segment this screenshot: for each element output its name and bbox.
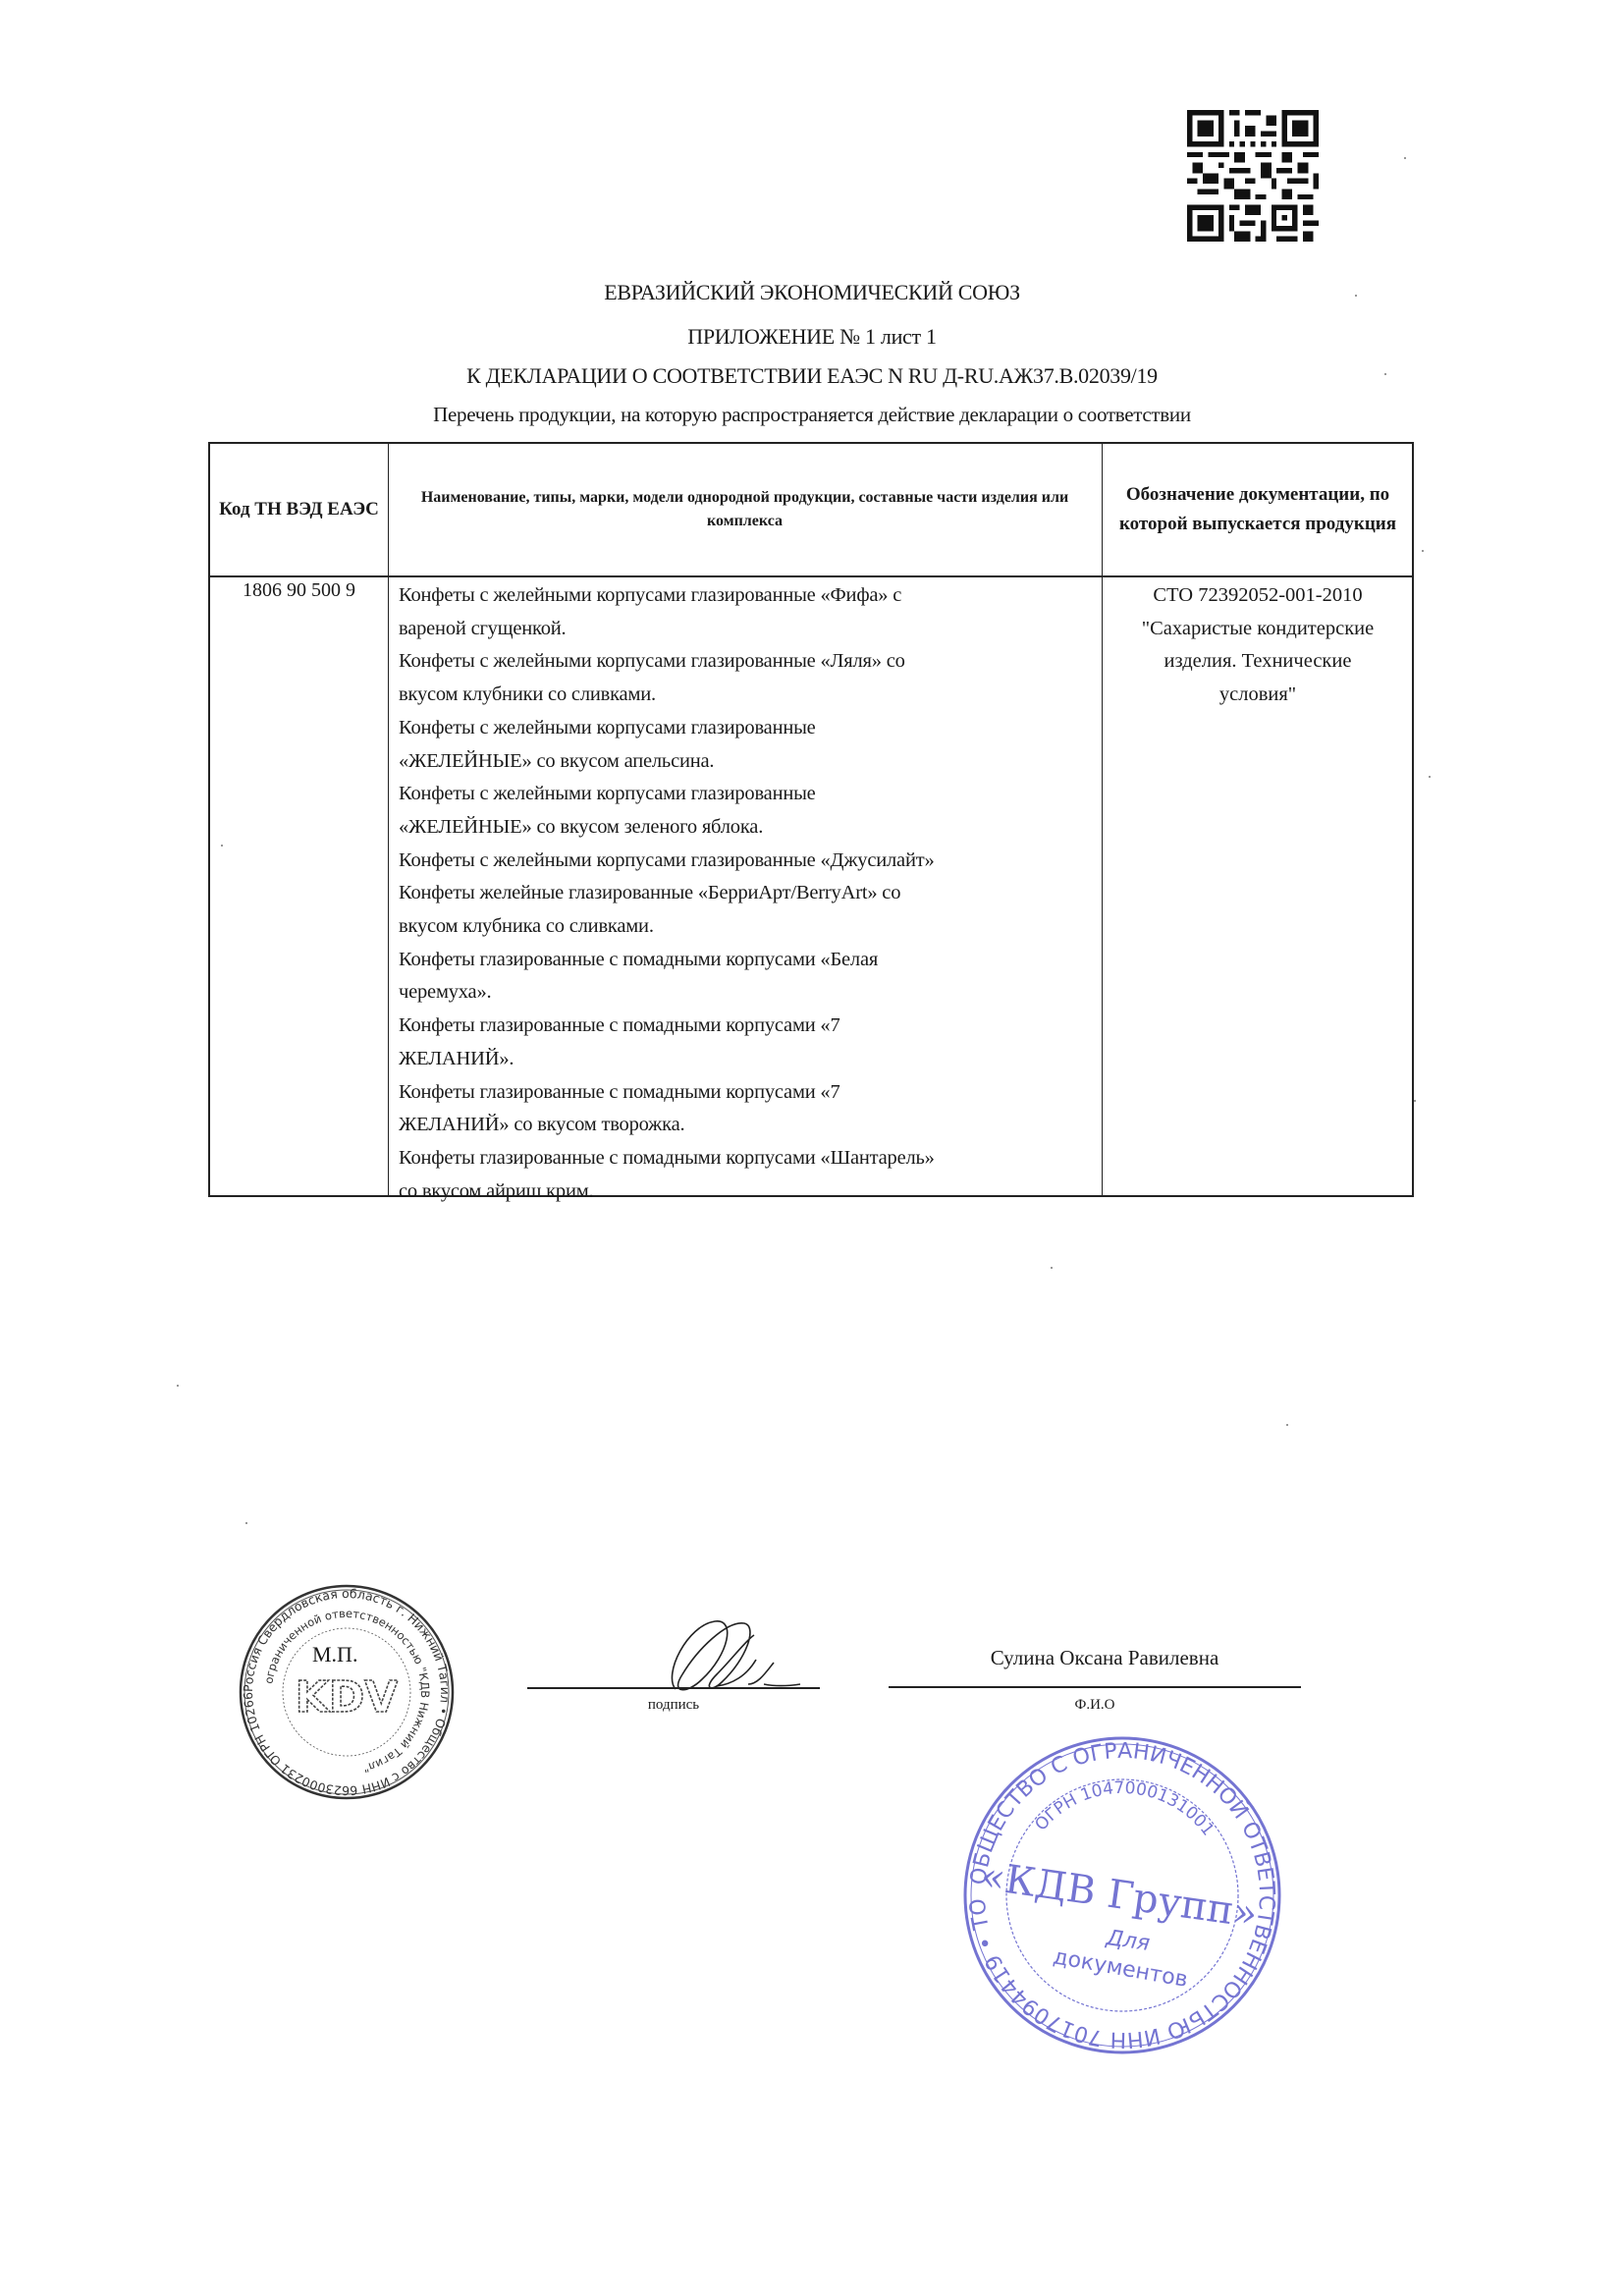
product-line: Конфеты глазированные с помадными корпус… [399,1076,1086,1110]
product-line: «ЖЕЛЕЙНЫЕ» со вкусом зеленого яблока. [399,811,1086,845]
doc-line: условия" [1108,679,1408,712]
product-line: Конфеты глазированные с помадными корпус… [399,1142,1086,1175]
product-list-caption: Перечень продукции, на которую распростр… [0,403,1624,427]
kdv-group-stamp: ОБЩЕСТВО С ОГРАНИЧЕННОЙ ОТВЕТСТВЕННОСТЬЮ… [960,1733,1284,2057]
scan-speck [1384,373,1386,375]
doc-line: изделия. Технические [1108,645,1408,679]
signature-caption: подпись [527,1697,820,1714]
product-line: вкусом клубники со сливками. [399,679,1086,712]
scan-speck [1404,157,1406,159]
column-header-product-name: Наименование, типы, марки, модели одноро… [388,444,1102,575]
product-table: Код ТН ВЭД ЕАЭС Наименование, типы, марк… [208,442,1414,1197]
cell-tnved-code: 1806 90 500 9 [210,579,388,602]
product-line: Конфеты глазированные с помадными корпус… [399,944,1086,977]
scan-speck [1355,295,1357,297]
cell-product-list: Конфеты с желейными корпусами глазирован… [399,579,1086,1208]
scan-speck [1051,1267,1053,1269]
handwritten-signature [658,1615,805,1696]
stamp-company-name: «КДВ Групп» [978,1854,1260,1938]
scan-speck [221,845,223,847]
product-line: вкусом клубника со сливками. [399,910,1086,944]
cell-documentation: СТО 72392052-001-2010 "Сахаристые кондит… [1102,579,1414,711]
stamp-ogrn: ОГРН 1047000131001 [1031,1778,1218,1840]
product-line: ЖЕЛАНИЙ» со вкусом творожка. [399,1109,1086,1142]
product-line: «ЖЕЛЕЙНЫЕ» со вкусом апельсина. [399,745,1086,779]
product-line: Конфеты с желейными корпусами глазирован… [399,645,1086,679]
product-line: Конфеты желейные глазированные «БерриАрт… [399,877,1086,910]
stamp-purpose-line1: Для [1104,1926,1152,1956]
signature-line [527,1687,820,1689]
column-header-code: Код ТН ВЭД ЕАЭС [210,444,388,575]
seal-place-label: М.П. [312,1642,357,1667]
product-line: Конфеты с желейными корпусами глазирован… [399,778,1086,811]
column-header-documentation: Обозначение документации, по которой вып… [1102,444,1414,575]
product-line: Конфеты с желейными корпусами глазирован… [399,579,1086,613]
name-line [889,1686,1301,1688]
appendix-title: ПРИЛОЖЕНИЕ № 1 лист 1 [0,324,1624,350]
product-line: черемуха». [399,976,1086,1010]
qr-code [1186,110,1320,242]
scan-speck [245,1522,247,1524]
product-line: со вкусом айриш крим. [399,1175,1086,1209]
scan-speck [177,1385,179,1387]
name-caption: Ф.И.О [889,1697,1301,1714]
scan-speck [1429,776,1431,778]
product-line: вареной сгущенкой. [399,613,1086,646]
declaration-number: К ДЕКЛАРАЦИИ О СООТВЕТСТВИИ ЕАЭС N RU Д-… [0,363,1624,389]
kdv-logo: KDV [296,1672,399,1722]
product-line: Конфеты с желейными корпусами глазирован… [399,712,1086,745]
signatory-full-name: Сулина Оксана Равилевна [893,1646,1316,1670]
scan-speck [1286,1424,1288,1426]
doc-line: "Сахаристые кондитерские [1108,613,1408,646]
doc-line: СТО 72392052-001-2010 [1108,579,1408,613]
company-seal-stamp: Россия Свердловская область г. Нижний Та… [239,1583,455,1801]
scan-speck [1422,550,1424,552]
product-line: ЖЕЛАНИЙ». [399,1043,1086,1076]
product-line: Конфеты глазированные с помадными корпус… [399,1010,1086,1043]
product-line: Конфеты с желейными корпусами глазирован… [399,845,1086,878]
union-title: ЕВРАЗИЙСКИЙ ЭКОНОМИЧЕСКИЙ СОЮЗ [0,280,1624,305]
scan-speck [1414,1100,1416,1102]
